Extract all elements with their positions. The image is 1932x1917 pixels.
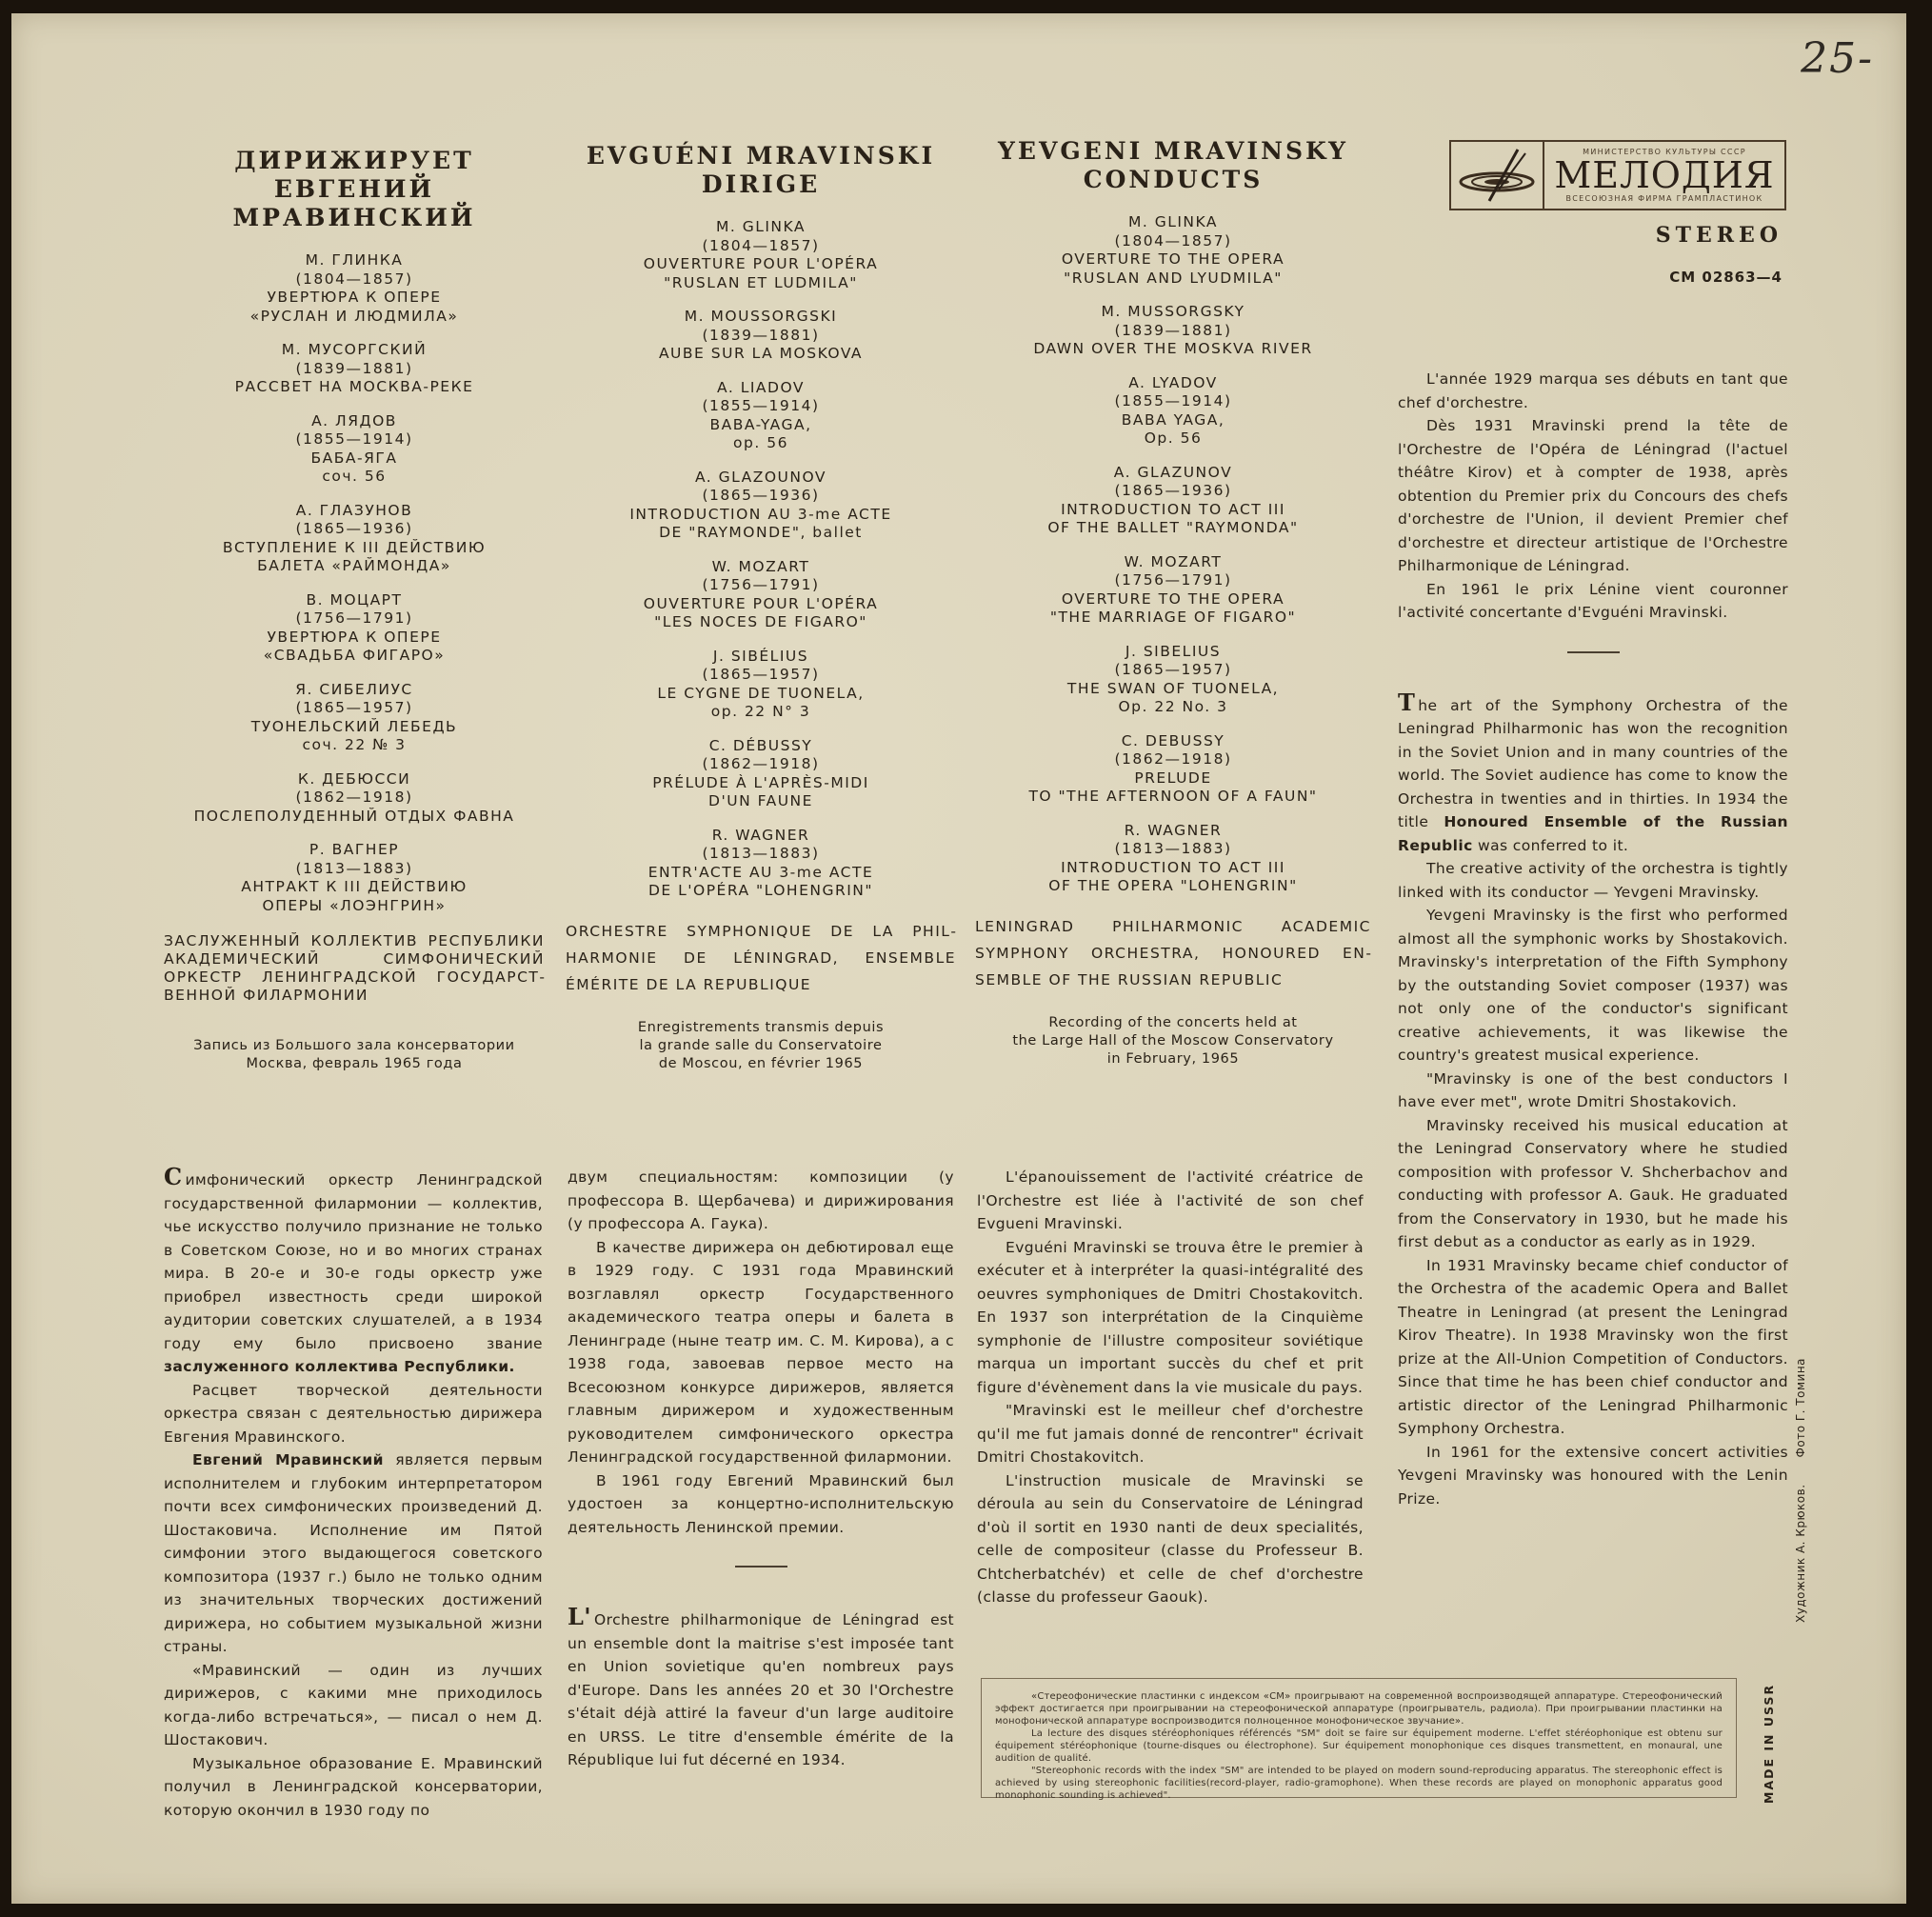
credits: Художник А. Крюков.Фото Г. Томина (1794, 1358, 1807, 1623)
work-title: УВЕРТЮРА К ОПЕРЕ (164, 629, 545, 648)
tracklist-french: EVGUÉNI MRAVINSKI DIRIGE M. GLINKA(1804—… (566, 142, 956, 1073)
work-entry: W. MOZART(1756—1791)OUVERTURE POUR L'OPÉ… (566, 558, 956, 632)
work-entry: J. SIBELIUS(1865—1957)THE SWAN OF TUONEL… (975, 643, 1371, 717)
work-title: "LES NOCES DE FIGARO" (566, 613, 956, 632)
work-title: op. 22 N° 3 (566, 703, 956, 722)
divider (735, 1566, 787, 1568)
work-title: INTRODUCTION AU 3-me ACTE (566, 506, 956, 525)
notes-column-3: L'épanouissement de l'activité créatrice… (977, 1166, 1364, 1609)
work-entry: Я. СИБЕЛИУС(1865—1957)ТУОНЕЛЬСКИЙ ЛЕБЕДЬ… (164, 681, 545, 755)
composer-dates: (1855—1914) (975, 392, 1371, 411)
composer: A. LYADOV (975, 374, 1371, 393)
composer-dates: (1839—1881) (566, 327, 956, 346)
made-in-ussr: MADE IN USSR (1762, 1684, 1776, 1804)
work-title: соч. 56 (164, 468, 545, 487)
work-title: БАБА-ЯГА (164, 449, 545, 469)
work-entry: A. GLAZOUNOV(1865—1936)INTRODUCTION AU 3… (566, 469, 956, 543)
work-title: PRELUDE (975, 769, 1371, 789)
heading-russian: ДИРИЖИРУЕТ ЕВГЕНИЙ МРАВИНСКИЙ (164, 147, 545, 232)
works-list-french: M. GLINKA(1804—1857)OUVERTURE POUR L'OPÉ… (566, 218, 956, 901)
work-title: D'UN FAUNE (566, 792, 956, 811)
composer-dates: (1862—1918) (975, 750, 1371, 769)
work-title: БАЛЕТА «РАЙМОНДА» (164, 557, 545, 576)
work-title: "RUSLAN ET LUDMILA" (566, 274, 956, 293)
work-title: РАССВЕТ НА МОСКВА-РЕКЕ (164, 378, 545, 397)
work-title: ENTR'ACTE AU 3-me ACTE (566, 864, 956, 883)
work-entry: M. MOUSSORGSKI(1839—1881)AUBE SUR LA MOS… (566, 308, 956, 364)
composer-dates: (1839—1881) (975, 322, 1371, 341)
composer: К. ДЕБЮССИ (164, 770, 545, 789)
work-entry: C. DÉBUSSY(1862—1918)PRÉLUDE À L'APRÈS-M… (566, 737, 956, 811)
composer-dates: (1865—1936) (164, 520, 545, 539)
composer-dates: (1865—1936) (975, 482, 1371, 501)
work-entry: W. MOZART(1756—1791)OVERTURE TO THE OPER… (975, 553, 1371, 628)
composer-dates: (1813—1883) (164, 860, 545, 879)
notes-english: The art of the Symphony Orchestra of the… (1398, 691, 1788, 858)
composer: Р. ВАГНЕР (164, 841, 545, 860)
notes-column-2: двум специальностям: композиции (у профе… (568, 1166, 954, 1772)
melodiya-logo: МИНИСТЕРСТВО КУЛЬТУРЫ СССР МЕЛОДИЯ ВСЕСО… (1449, 140, 1786, 210)
work-title: Op. 22 No. 3 (975, 698, 1371, 717)
composer-dates: (1855—1914) (164, 430, 545, 449)
orchestra-english: LENINGRAD PHILHARMONIC ACADEMIC SYMPHONY… (975, 913, 1371, 993)
heading-french: EVGUÉNI MRAVINSKI DIRIGE (566, 142, 956, 199)
work-title: ОПЕРЫ «ЛОЭНГРИН» (164, 897, 545, 916)
work-entry: A. LIADOV(1855—1914)BABA-YAGA,op. 56 (566, 379, 956, 453)
work-title: ВСТУПЛЕНИЕ К III ДЕЙСТВИЮ (164, 539, 545, 558)
composer-dates: (1813—1883) (975, 840, 1371, 859)
composer: J. SIBÉLIUS (566, 648, 956, 667)
work-entry: A. GLAZUNOV(1865—1936)INTRODUCTION TO AC… (975, 464, 1371, 538)
work-title: ПОСЛЕПОЛУДЕННЫЙ ОТДЫХ ФАВНА (164, 808, 545, 827)
work-entry: M. GLINKA(1804—1857)OUVERTURE POUR L'OPÉ… (566, 218, 956, 292)
composer: C. DÉBUSSY (566, 737, 956, 756)
stereo-playback-note: «Стереофонические пластинки с индексом «… (981, 1678, 1737, 1798)
composer: A. GLAZUNOV (975, 464, 1371, 483)
work-entry: А. ЛЯДОВ(1855—1914)БАБА-ЯГАсоч. 56 (164, 412, 545, 487)
composer: R. WAGNER (975, 822, 1371, 841)
composer-dates: (1756—1791) (164, 609, 545, 629)
work-title: УВЕРТЮРА К ОПЕРЕ (164, 289, 545, 308)
melodiya-emblem-icon (1451, 142, 1544, 209)
work-entry: R. WAGNER(1813—1883)ENTR'ACTE AU 3-me AC… (566, 827, 956, 901)
composer-dates: (1804—1857) (566, 237, 956, 256)
work-title: LE CYGNE DE TUONELA, (566, 685, 956, 704)
work-entry: Р. ВАГНЕР(1813—1883)АНТРАКТ К III ДЕЙСТВ… (164, 841, 545, 915)
work-entry: A. LYADOV(1855—1914)BABA YAGA,Op. 56 (975, 374, 1371, 449)
work-title: BABA-YAGA, (566, 416, 956, 435)
composer-dates: (1865—1957) (975, 661, 1371, 680)
work-title: THE SWAN OF TUONELA, (975, 680, 1371, 699)
composer-dates: (1862—1918) (566, 755, 956, 774)
work-title: INTRODUCTION TO ACT III (975, 859, 1371, 878)
composer: R. WAGNER (566, 827, 956, 846)
composer: A. GLAZOUNOV (566, 469, 956, 488)
work-title: АНТРАКТ К III ДЕЙСТВИЮ (164, 878, 545, 897)
notes-column-4: L'année 1929 marqua ses débuts en tant q… (1398, 368, 1788, 1510)
composer-dates: (1813—1883) (566, 845, 956, 864)
work-title: OUVERTURE POUR L'OPÉRA (566, 595, 956, 614)
notes-russian: Симфонический оркестр Ленинградской госу… (164, 1166, 543, 1822)
recording-info-french: Enregistrements transmis depuis la grand… (566, 1019, 956, 1073)
catalog-number: СМ 02863—4 (1621, 269, 1783, 286)
work-title: "RUSLAN AND LYUDMILA" (975, 270, 1371, 289)
composer-dates: (1756—1791) (975, 571, 1371, 590)
composer: Я. СИБЕЛИУС (164, 681, 545, 700)
composer-dates: (1865—1936) (566, 487, 956, 506)
work-title: OVERTURE TO THE OPERA (975, 250, 1371, 270)
tracklist-russian: ДИРИЖИРУЕТ ЕВГЕНИЙ МРАВИНСКИЙ М. ГЛИНКА(… (164, 147, 545, 1073)
work-entry: C. DEBUSSY(1862—1918)PRELUDETO "THE AFTE… (975, 732, 1371, 807)
work-title: Op. 56 (975, 429, 1371, 449)
work-title: «РУСЛАН И ЛЮДМИЛА» (164, 308, 545, 327)
composer: М. ГЛИНКА (164, 251, 545, 270)
composer-dates: (1862—1918) (164, 789, 545, 808)
composer-dates: (1855—1914) (566, 397, 956, 416)
work-entry: А. ГЛАЗУНОВ(1865—1936)ВСТУПЛЕНИЕ К III Д… (164, 502, 545, 576)
divider (1567, 651, 1620, 653)
format-stereo: STEREO (1621, 223, 1783, 248)
composer: М. МУСОРГСКИЙ (164, 341, 545, 360)
work-title: "THE MARRIAGE OF FIGARO" (975, 609, 1371, 628)
work-entry: J. SIBÉLIUS(1865—1957)LE CYGNE DE TUONEL… (566, 648, 956, 722)
notes-french: L'Orchestre philharmonique de Léningrad … (568, 1606, 954, 1772)
composer: M. GLINKA (566, 218, 956, 237)
work-title: OF THE BALLET "RAYMONDA" (975, 519, 1371, 538)
composer-dates: (1839—1881) (164, 360, 545, 379)
composer-dates: (1865—1957) (164, 699, 545, 718)
composer-dates: (1865—1957) (566, 666, 956, 685)
work-title: BABA YAGA, (975, 411, 1371, 430)
record-sleeve-back: 25- ДИРИЖИРУЕТ ЕВГЕНИЙ МРАВИНСКИЙ М. ГЛИ… (11, 13, 1906, 1904)
composer: A. LIADOV (566, 379, 956, 398)
work-title: ТУОНЕЛЬСКИЙ ЛЕБЕДЬ (164, 718, 545, 737)
works-list-russian: М. ГЛИНКА(1804—1857)УВЕРТЮРА К ОПЕРЕ«РУС… (164, 251, 545, 915)
orchestra-french: ORCHESTRE SYMPHONIQUE DE LA PHIL­HARMONI… (566, 918, 956, 998)
work-title: OVERTURE TO THE OPERA (975, 590, 1371, 609)
work-title: OUVERTURE POUR L'OPÉRA (566, 255, 956, 274)
work-entry: К. ДЕБЮССИ(1862—1918)ПОСЛЕПОЛУДЕННЫЙ ОТД… (164, 770, 545, 827)
composer-dates: (1804—1857) (164, 270, 545, 290)
work-title: DE "RAYMONDE", ballet (566, 524, 956, 543)
work-title: DAWN OVER THE MOSKVA RIVER (975, 340, 1371, 359)
composer: W. MOZART (566, 558, 956, 577)
handwritten-price-note: 25- (1801, 34, 1874, 83)
works-list-english: M. GLINKA(1804—1857)OVERTURE TO THE OPER… (975, 213, 1371, 896)
composer: W. MOZART (975, 553, 1371, 572)
work-title: TO "THE AFTERNOON OF A FAUN" (975, 788, 1371, 807)
work-title: соч. 22 № 3 (164, 736, 545, 755)
composer-dates: (1804—1857) (975, 232, 1371, 251)
composer: А. ГЛАЗУНОВ (164, 502, 545, 521)
work-entry: M. MUSSORGSKY(1839—1881)DAWN OVER THE MO… (975, 303, 1371, 359)
work-title: PRÉLUDE À L'APRÈS-MIDI (566, 774, 956, 793)
composer: M. MOUSSORGSKI (566, 308, 956, 327)
work-title: OF THE OPERA "LOHENGRIN" (975, 877, 1371, 896)
heading-english: YEVGENI MRAVINSKY CONDUCTS (975, 137, 1371, 194)
work-entry: M. GLINKA(1804—1857)OVERTURE TO THE OPER… (975, 213, 1371, 288)
orchestra-russian: ЗАСЛУЖЕННЫЙ КОЛЛЕКТИВ РЕСПУБЛИКИ АКАДЕМИ… (164, 932, 545, 1005)
composer-dates: (1756—1791) (566, 576, 956, 595)
work-entry: М. ГЛИНКА(1804—1857)УВЕРТЮРА К ОПЕРЕ«РУС… (164, 251, 545, 326)
label-name: МЕЛОДИЯ (1554, 156, 1774, 194)
work-entry: М. МУСОРГСКИЙ(1839—1881)РАССВЕТ НА МОСКВ… (164, 341, 545, 397)
composer: M. GLINKA (975, 213, 1371, 232)
recording-info-english: Recording of the concerts held at the La… (975, 1014, 1371, 1068)
work-title: op. 56 (566, 434, 956, 453)
tracklist-english: YEVGENI MRAVINSKY CONDUCTS M. GLINKA(180… (975, 137, 1371, 1068)
work-entry: В. МОЦАРТ(1756—1791)УВЕРТЮРА К ОПЕРЕ«СВА… (164, 591, 545, 666)
composer: В. МОЦАРТ (164, 591, 545, 610)
composer: C. DEBUSSY (975, 732, 1371, 751)
work-title: AUBE SUR LA MOSKOVA (566, 345, 956, 364)
work-entry: R. WAGNER(1813—1883)INTRODUCTION TO ACT … (975, 822, 1371, 896)
composer: J. SIBELIUS (975, 643, 1371, 662)
work-title: «СВАДЬБА ФИГАРО» (164, 647, 545, 666)
composer: А. ЛЯДОВ (164, 412, 545, 431)
work-title: INTRODUCTION TO ACT III (975, 501, 1371, 520)
composer: M. MUSSORGSKY (975, 303, 1371, 322)
work-title: DE L'OPÉRA "LOHENGRIN" (566, 882, 956, 901)
recording-info-russian: Запись из Большого зала консерватории Мо… (164, 1037, 545, 1073)
